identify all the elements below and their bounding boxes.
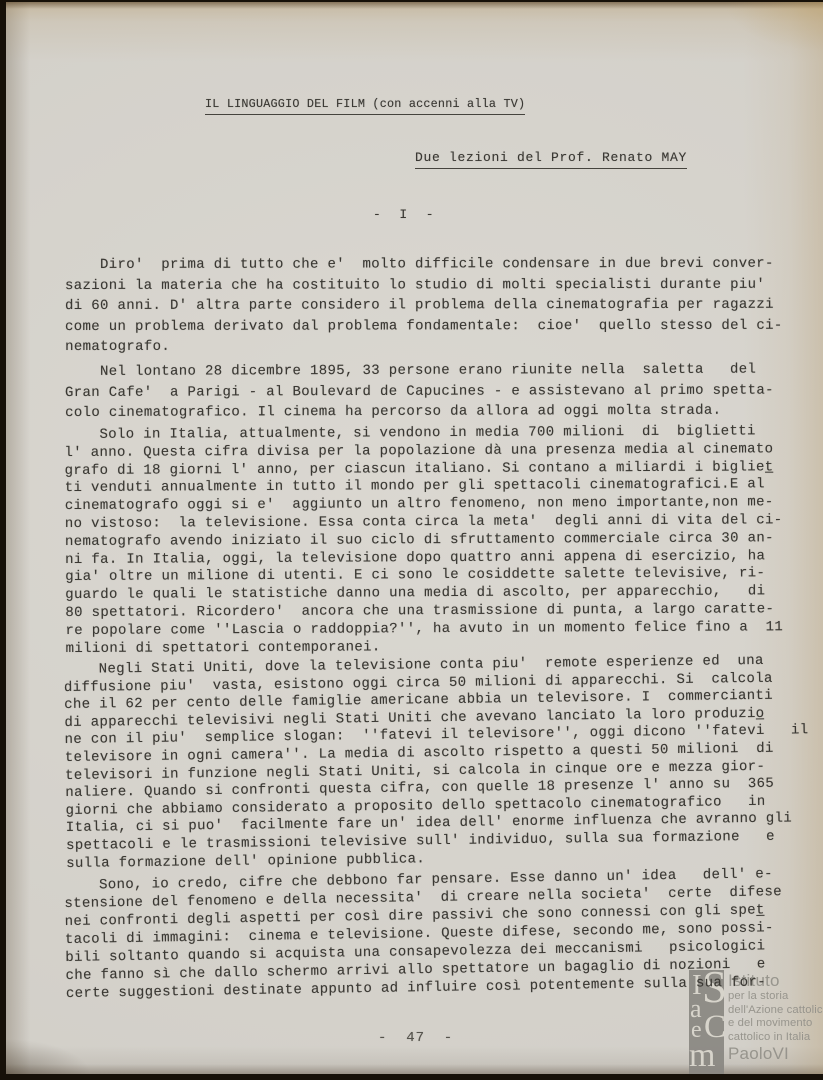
document-subtitle: Due lezioni del Prof. Renato MAY xyxy=(415,150,687,169)
text-line: come un problema derivato dal problema f… xyxy=(65,315,777,337)
text-line: di 60 anni. D' altra parte considero il … xyxy=(65,295,777,317)
text-line: sazioni la materia che ha costituito lo … xyxy=(65,274,777,296)
text-line: re popolare come ''Lascia o raddoppia?''… xyxy=(65,619,777,641)
paragraph: Diro' prima di tutto che e' molto diffic… xyxy=(65,254,777,358)
page-number: - 47 - xyxy=(378,1030,453,1046)
text-line: Gran Cafe' a Parigi - al Boulevard de Ca… xyxy=(65,380,777,403)
document-body: Diro' prima di tutto che e' molto diffic… xyxy=(65,255,777,1007)
scanned-page: I S a e C m Istituto per la storia dell'… xyxy=(6,2,823,1074)
text-line: Nel lontano 28 dicembre 1895, 33 persone… xyxy=(65,359,777,382)
paragraph: Solo in Italia, attualmente, si vendono … xyxy=(64,423,777,658)
text-line: nematografo. xyxy=(65,336,777,358)
document-title: IL LINGUAGGIO DEL FILM (con accenni alla… xyxy=(205,97,525,115)
watermark-line: e del movimento xyxy=(728,1017,823,1031)
watermark-line: cattolico in Italia xyxy=(728,1031,823,1045)
watermark-line: PaoloVI xyxy=(728,1044,823,1063)
text-line: Diro' prima di tutto che e' molto diffic… xyxy=(65,254,777,276)
text-line: colo cinematografico. Il cinema ha perco… xyxy=(65,400,777,423)
isacem-logo-letter: m xyxy=(689,1039,713,1073)
paragraph: Sono, io credo, cifre che debbono far pe… xyxy=(64,866,778,1004)
paragraph: Negli Stati Uniti, dove la televisione c… xyxy=(64,653,779,873)
paragraph: Nel lontano 28 dicembre 1895, 33 persone… xyxy=(65,359,777,423)
section-marker: - I - xyxy=(373,207,435,222)
